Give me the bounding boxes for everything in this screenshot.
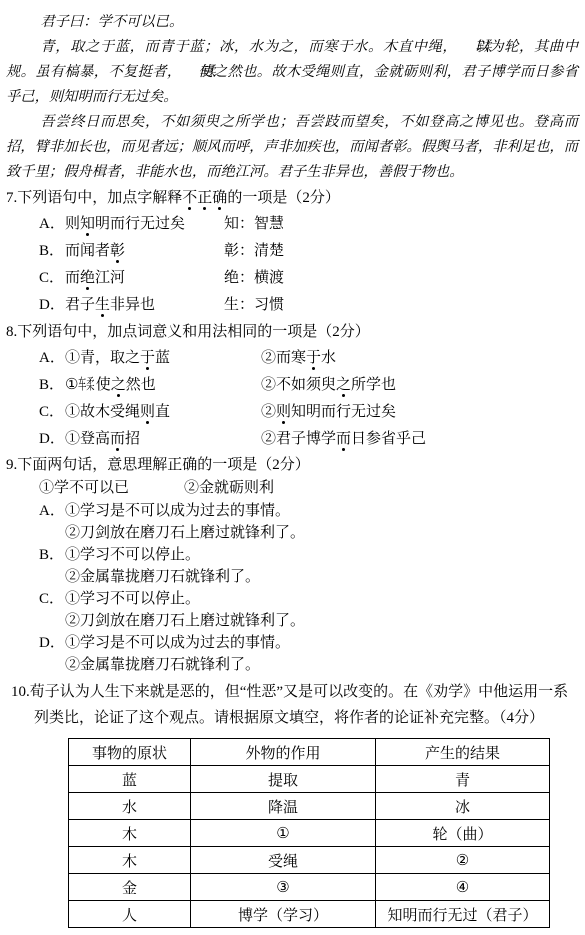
- option-sentence-1: ①车柔使之然也: [65, 377, 156, 393]
- table-cell: ②: [376, 847, 550, 874]
- option-line-2: ②刀剑放在磨刀石上磨过就锋利了。: [65, 522, 578, 544]
- composite-rou-char: 车柔: [78, 372, 87, 399]
- passage-paragraph-2: 青，取之于蓝，而青于蓝；冰，水为之，而寒于水。木直中绳，车柔以为轮，其曲中规。虽…: [6, 35, 578, 110]
- exam-page: 君子曰：学不可以已。 青，取之于蓝，而青于蓝；冰，水为之，而寒于水。木直中绳，车…: [0, 0, 585, 935]
- question-7-option-c: C． 而绝江河 绝：横渡: [6, 265, 578, 292]
- table-cell: 青: [376, 766, 550, 793]
- table-cell: 知明而行无过（君子）: [376, 901, 550, 928]
- question-8-stem: 8.下列语句中，加点词意义和用法相同的一项是（2分）: [6, 319, 578, 345]
- question-7-option-b: B． 而闻者彰 彰：清楚: [6, 238, 578, 265]
- question-8: 8.下列语句中，加点词意义和用法相同的一项是（2分） A． ①青，取之于蓝 ②而…: [6, 319, 578, 453]
- question-9-option-b: B． ①学习不可以停止。 ②金属靠拢磨刀石就锋利了。: [6, 544, 578, 588]
- question-10: 10.荀子认为人生下来就是恶的，但“性恶”又是可以改变的。在《劝学》中他运用一系…: [6, 679, 578, 928]
- option-gloss: 彰：清楚: [224, 238, 284, 265]
- question-8-option-d: D． ①登高而招 ②君子博学而日参省乎己: [6, 426, 578, 453]
- question-8-option-c: C． ①故木受绳则直 ②则知明而行无过矣: [6, 399, 578, 426]
- table-header-cell: 事物的原状: [69, 739, 191, 766]
- option-line-2: ②金属靠拢磨刀石就锋利了。: [65, 654, 578, 676]
- table-row: 木 ① 轮（曲）: [69, 820, 550, 847]
- table-cell: 冰: [376, 793, 550, 820]
- option-line-1: ①学习不可以停止。: [65, 544, 578, 566]
- option-label: C．: [39, 399, 64, 426]
- question-9: 9.下面两句话，意思理解正确的一项是（2分） ①学不可以已 ②金就砺则利 A． …: [6, 453, 578, 676]
- table-row: 人 博学（学习） 知明而行无过（君子）: [69, 901, 550, 928]
- table-cell: 木: [69, 847, 191, 874]
- question-8-option-a: A． ①青，取之于蓝 ②而寒于水: [6, 345, 578, 372]
- table-cell: 轮（曲）: [376, 820, 550, 847]
- question-7-stem: 7.下列语句中，加点字解释不正确的一项是（2分）: [6, 185, 578, 211]
- table-cell: 降温: [191, 793, 376, 820]
- composite-rou-char: 车柔: [457, 35, 466, 60]
- option-text: 而闻者彰: [65, 243, 125, 259]
- reading-passage: 君子曰：学不可以已。 青，取之于蓝，而青于蓝；冰，水为之，而寒于水。木直中绳，车…: [6, 10, 578, 185]
- option-label: D．: [39, 426, 65, 453]
- question-9-stem: 9.下面两句话，意思理解正确的一项是（2分）: [6, 453, 578, 477]
- table-cell: 木: [69, 820, 191, 847]
- question-9-option-d: D． ①学习是不可以成为过去的事情。 ②金属靠拢磨刀石就锋利了。: [6, 632, 578, 676]
- question-8-option-b: B． ①车柔使之然也 ②不如须臾之所学也: [6, 372, 578, 399]
- question-9-quoted-sentences: ①学不可以已 ②金就砺则利: [6, 477, 578, 500]
- table-cell: 蓝: [69, 766, 191, 793]
- option-sentence-2: ②则知明而行无过矣: [261, 399, 396, 426]
- question-7-option-d: D． 君子生非异也 生：习惯: [6, 292, 578, 319]
- table-row: 金 ③ ④: [69, 874, 550, 901]
- question-7-option-a: A． 则知明而行无过矣 知：智慧: [6, 211, 578, 238]
- table-cell: 提取: [191, 766, 376, 793]
- quoted-sentence-2: ②金就砺则利: [184, 477, 274, 500]
- comparison-table: 事物的原状 外物的作用 产生的结果 蓝 提取 青 水 降温 冰 木 ① 轮（曲）…: [68, 738, 550, 928]
- option-label: B．: [39, 544, 64, 566]
- option-label: B．: [39, 238, 64, 265]
- table-cell: ④: [376, 874, 550, 901]
- table-cell: 人: [69, 901, 191, 928]
- option-sentence-1: ①青，取之于蓝: [65, 350, 170, 366]
- table-cell: 水: [69, 793, 191, 820]
- option-text: 而绝江河: [65, 270, 125, 286]
- question-10-stem: 10.荀子认为人生下来就是恶的，但“性恶”又是可以改变的。在《劝学》中他运用一系…: [6, 679, 578, 731]
- option-gloss: 知：智慧: [224, 211, 284, 238]
- option-line-1: ①学习是不可以成为过去的事情。: [65, 632, 578, 654]
- table-header-cell: 外物的作用: [191, 739, 376, 766]
- option-label: C．: [39, 588, 64, 610]
- question-7: 7.下列语句中，加点字解释不正确的一项是（2分） A． 则知明而行无过矣 知：智…: [6, 185, 578, 319]
- table-row: 木 受绳 ②: [69, 847, 550, 874]
- table-header-cell: 产生的结果: [376, 739, 550, 766]
- question-9-option-a: A． ①学习是不可以成为过去的事情。 ②刀剑放在磨刀石上磨过就锋利了。: [6, 500, 578, 544]
- option-label: B．: [39, 372, 64, 399]
- option-line-1: ①学习是不可以成为过去的事情。: [65, 500, 578, 522]
- table-cell: ①: [191, 820, 376, 847]
- option-text: 君子生非异也: [65, 297, 155, 313]
- option-text: 则知明而行无过矣: [65, 216, 185, 232]
- option-label: D．: [39, 632, 65, 654]
- option-label: C．: [39, 265, 64, 292]
- option-gloss: 绝：横渡: [224, 265, 284, 292]
- table-cell: 博学（学习）: [191, 901, 376, 928]
- option-label: A．: [39, 211, 65, 238]
- table-cell: 受绳: [191, 847, 376, 874]
- option-sentence-1: ①故木受绳则直: [65, 404, 170, 420]
- composite-rou-char: 车柔: [181, 60, 190, 85]
- option-gloss: 生：习惯: [224, 292, 284, 319]
- table-row: 水 降温 冰: [69, 793, 550, 820]
- passage-paragraph-3: 吾尝终日而思矣，不如须臾之所学也；吾尝跂而望矣，不如登高之博见也。登高而招，臂非…: [6, 110, 578, 185]
- quoted-sentence-1: ①学不可以已: [39, 480, 129, 496]
- option-line-1: ①学习不可以停止。: [65, 588, 578, 610]
- table-cell: 金: [69, 874, 191, 901]
- question-9-option-c: C． ①学习不可以停止。 ②刀剑放在磨刀石上磨过就锋利了。: [6, 588, 578, 632]
- option-sentence-2: ②而寒于水: [261, 345, 336, 372]
- option-sentence-2: ②不如须臾之所学也: [261, 372, 396, 399]
- passage-paragraph-1: 君子曰：学不可以已。: [6, 10, 578, 35]
- option-sentence-2: ②君子博学而日参省乎己: [261, 426, 426, 453]
- option-sentence-1: ①登高而招: [65, 431, 140, 447]
- option-label: D．: [39, 292, 65, 319]
- option-label: A．: [39, 500, 65, 522]
- option-line-2: ②金属靠拢磨刀石就锋利了。: [65, 566, 578, 588]
- table-cell: ③: [191, 874, 376, 901]
- table-header-row: 事物的原状 外物的作用 产生的结果: [69, 739, 550, 766]
- option-label: A．: [39, 345, 65, 372]
- table-row: 蓝 提取 青: [69, 766, 550, 793]
- option-line-2: ②刀剑放在磨刀石上磨过就锋利了。: [65, 610, 578, 632]
